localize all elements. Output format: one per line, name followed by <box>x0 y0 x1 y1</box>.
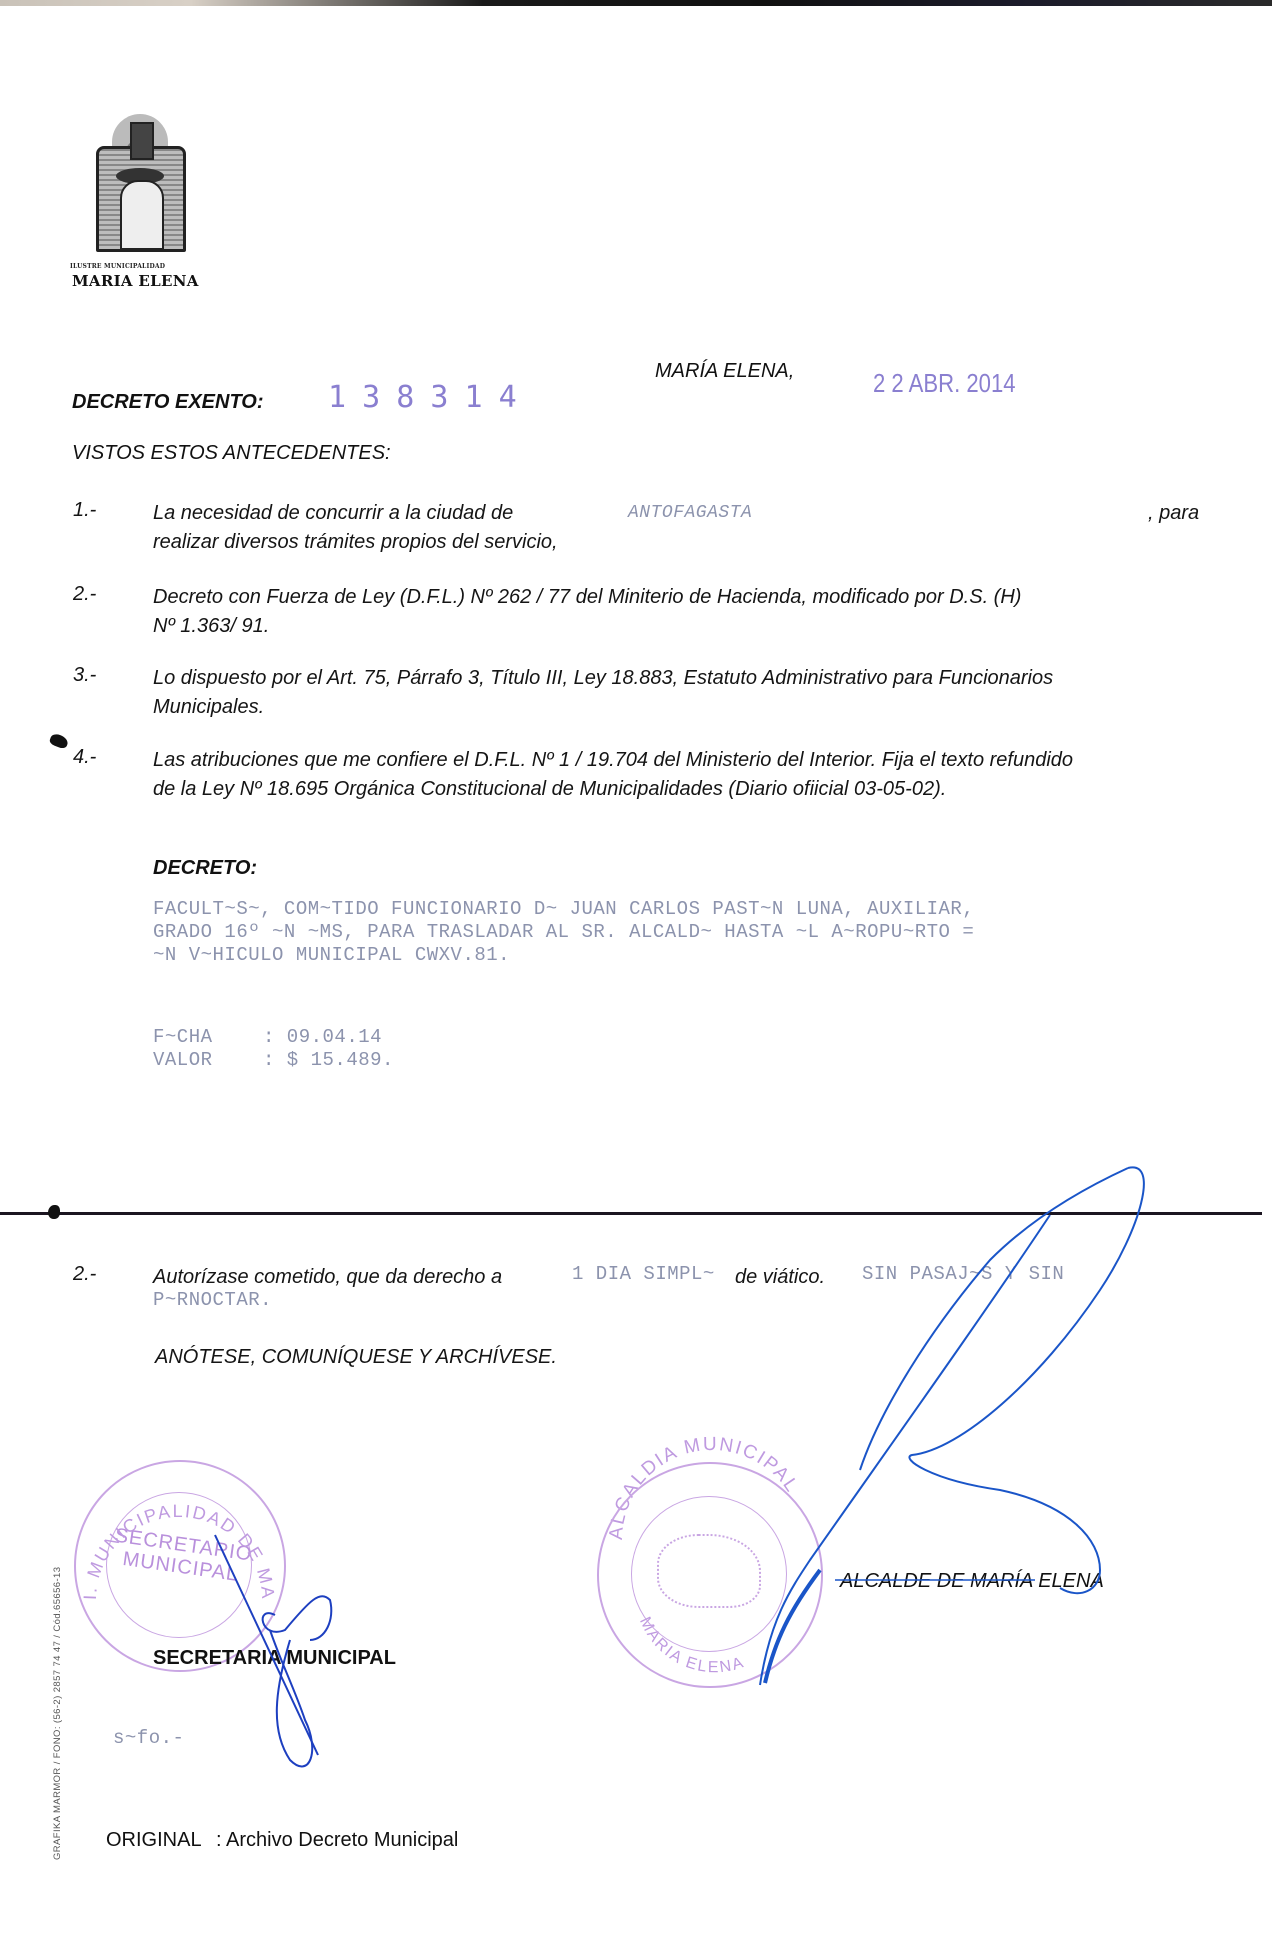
decreto-typed-body: FACULT~S~, COM~TIDO FUNCIONARIO D~ JUAN … <box>153 898 974 967</box>
item-1-text-after: , para <box>1148 499 1199 528</box>
place-label: MARÍA ELENA, <box>655 360 794 383</box>
municipal-coat-of-arms-logo <box>92 110 188 260</box>
decree-number-stamp: 1 3 8 3 1 4 <box>328 380 516 415</box>
item-4: Las atribuciones que me confiere el D.F.… <box>153 746 1203 804</box>
printer-imprint: GRAFIKA MARMOR / FONO: (56-2) 2857 74 47… <box>52 1567 63 1860</box>
chilean-coat-of-arms-icon <box>657 1534 761 1608</box>
logo-miner-figure <box>120 180 164 250</box>
mayor-title: ALCALDE DE MARÍA ELENA <box>840 1570 1104 1593</box>
scan-ink-blot <box>48 732 69 749</box>
item-2-number: 2.- <box>73 583 96 606</box>
item-2-line2: Nº 1.363/ 91. <box>153 612 1203 641</box>
resolution-text-after: de viático. <box>735 1263 825 1292</box>
decreto-fecha-valor: F~CHA: 09.04.14 VALOR: $ 15.489. <box>153 1026 394 1072</box>
item-1-number: 1.- <box>73 499 96 522</box>
item-1-text: La necesidad de concurrir a la ciudad de <box>153 502 513 524</box>
decreto-line-2: GRADO 16º ~N ~MS, PARA TRASLADAR AL SR. … <box>153 921 974 944</box>
distribution-label: ORIGINAL <box>106 1829 216 1852</box>
decree-document: ILUSTRE MUNICIPALIDAD MARIA ELENA DECRET… <box>0 0 1272 1941</box>
resolution-typed-note-line2: P~RNOCTAR. <box>153 1289 272 1311</box>
item-3: Lo dispuesto por el Art. 75, Párrafo 3, … <box>153 664 1203 722</box>
valor-value: : $ 15.489. <box>263 1049 394 1071</box>
separator-line <box>0 1212 1262 1215</box>
logo-tower <box>130 122 154 160</box>
resolution-text: Autorízase cometido, que da derecho a <box>153 1263 502 1292</box>
decreto-heading: DECRETO: <box>153 857 257 880</box>
typist-initials: s~fo.- <box>113 1727 184 1749</box>
resolution-number: 2.- <box>73 1263 96 1286</box>
item-1-line2: realizar diversos trámites propios del s… <box>153 528 1203 557</box>
item-3-number: 3.- <box>73 664 96 687</box>
distribution-value: : Archivo Decreto Municipal <box>216 1829 458 1851</box>
decreto-line-1: FACULT~S~, COM~TIDO FUNCIONARIO D~ JUAN … <box>153 898 974 921</box>
secretary-title: SECRETARIA MUNICIPAL <box>153 1647 396 1670</box>
scan-top-edge <box>0 0 1272 6</box>
item-4-line2: de la Ley Nº 18.695 Orgánica Constitucio… <box>153 775 1203 804</box>
item-3-line2: Municipales. <box>153 693 1203 722</box>
item-2-line1: Decreto con Fuerza de Ley (D.F.L.) Nº 26… <box>153 583 1203 612</box>
fecha-label: F~CHA <box>153 1026 263 1049</box>
logo-subtitle: ILUSTRE MUNICIPALIDAD <box>70 263 165 270</box>
logo-title: MARIA ELENA <box>72 272 199 290</box>
decree-label: DECRETO EXENTO: <box>72 391 264 414</box>
secretary-stamp: SECRETARIO MUNICIPAL <box>74 1460 286 1672</box>
closing-formula: ANÓTESE, COMUNÍQUESE Y ARCHÍVESE. <box>155 1343 557 1372</box>
item-4-number: 4.- <box>73 746 96 769</box>
item-1: La necesidad de concurrir a la ciudad de… <box>153 499 1203 557</box>
fecha-value: : 09.04.14 <box>263 1026 382 1048</box>
distribution-line: ORIGINAL: Archivo Decreto Municipal <box>106 1829 458 1852</box>
resolution-typed-note: SIN PASAJ~S Y SIN <box>862 1263 1064 1285</box>
item-4-line1: Las atribuciones que me confiere el D.F.… <box>153 746 1203 775</box>
antecedentes-heading: VISTOS ESTOS ANTECEDENTES: <box>72 442 391 465</box>
item-2: Decreto con Fuerza de Ley (D.F.L.) Nº 26… <box>153 583 1203 641</box>
item-3-line1: Lo dispuesto por el Art. 75, Párrafo 3, … <box>153 664 1203 693</box>
scan-ink-blot <box>48 1205 60 1219</box>
decreto-line-3: ~N V~HICULO MUNICIPAL CWXV.81. <box>153 944 974 967</box>
date-stamp: 2 2 ABR. 2014 <box>873 368 1016 399</box>
item-1-typed-city: ANTOFAGASTA <box>628 499 752 528</box>
mayor-stamp <box>597 1462 823 1688</box>
resolution-typed-days: 1 DIA SIMPL~ <box>572 1263 715 1285</box>
valor-label: VALOR <box>153 1049 263 1072</box>
